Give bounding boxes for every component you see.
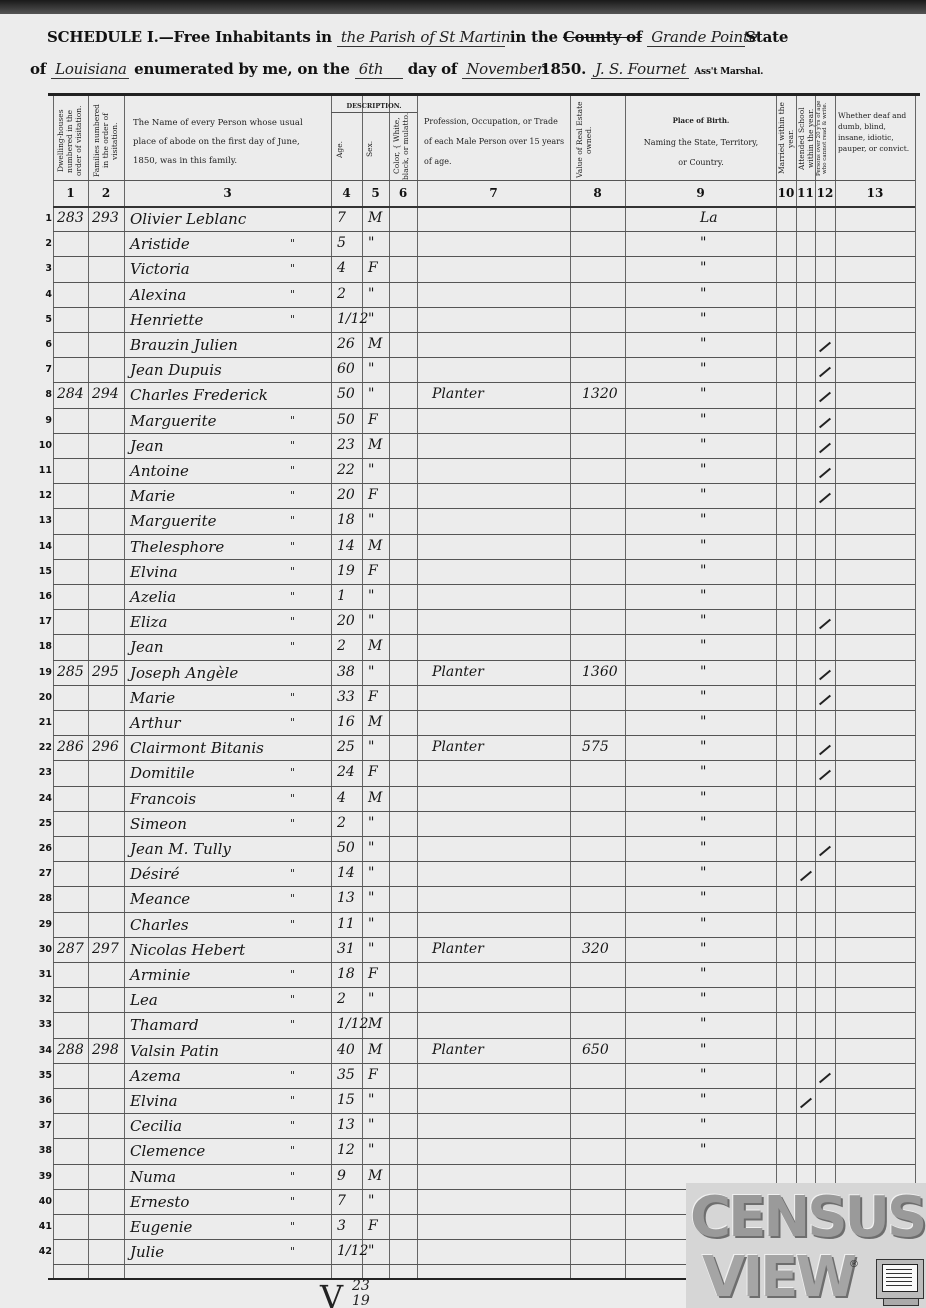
person-name: Azema — [130, 1067, 181, 1085]
person-name: Désiré — [130, 865, 179, 883]
age-value: 4 — [337, 260, 346, 276]
row-number: 26 — [34, 843, 52, 854]
age-value: 25 — [337, 739, 355, 755]
censusview-logo: CENSUS VIEW ® — [686, 1183, 926, 1308]
column-number: 7 — [417, 186, 570, 200]
row-number: 3 — [34, 263, 52, 274]
column-number: 3 — [124, 186, 331, 200]
person-name: Julie — [130, 1243, 164, 1261]
row-number: 19 — [34, 667, 52, 678]
person-name: Antoine — [130, 462, 189, 480]
sex-value: " — [368, 1092, 374, 1108]
age-value: 1/12 — [337, 311, 368, 327]
row-divider — [53, 1088, 915, 1089]
row-divider — [53, 433, 915, 434]
birthplace-value: " — [700, 991, 706, 1007]
marshal-field: J. S. Fournet — [591, 60, 689, 79]
age-value: 20 — [337, 613, 355, 629]
row-divider — [53, 836, 915, 837]
column-number: 5 — [362, 186, 389, 200]
age-value: 13 — [337, 890, 355, 906]
birthplace-value: " — [700, 689, 706, 705]
real-estate-value: 320 — [582, 941, 609, 957]
row-divider — [53, 760, 915, 761]
column-divider — [835, 96, 836, 1278]
row-divider — [53, 912, 915, 913]
birthplace-value: " — [700, 336, 706, 352]
row-divider — [53, 332, 915, 333]
row-number: 7 — [34, 364, 52, 375]
row-divider — [53, 408, 915, 409]
logo-line-2: VIEW — [702, 1245, 854, 1308]
dwelling-number: 283 — [57, 210, 84, 226]
row-number: 15 — [34, 566, 52, 577]
row-number: 40 — [34, 1196, 52, 1207]
age-value: 13 — [337, 1117, 355, 1133]
column-divider — [815, 96, 816, 1278]
person-name: Charles Frederick — [130, 386, 268, 404]
computer-monitor-icon — [876, 1259, 924, 1299]
sex-value: " — [368, 1117, 374, 1133]
age-value: 2 — [337, 991, 346, 1007]
sex-value: " — [368, 865, 374, 881]
row-number: 37 — [34, 1120, 52, 1131]
column-divider — [389, 96, 390, 1278]
birthplace-value: " — [700, 890, 706, 906]
person-name: Jean M. Tully — [130, 840, 231, 858]
birthplace-value: " — [700, 638, 706, 654]
person-name: Domitile — [130, 764, 195, 782]
person-name: Marguerite — [130, 412, 216, 430]
age-value: 35 — [337, 1067, 355, 1083]
birthplace-value: " — [700, 840, 706, 856]
sex-value: F — [368, 1067, 378, 1083]
surname-ditto-mark: " — [290, 1220, 295, 1233]
age-value: 14 — [337, 865, 355, 881]
row-divider — [53, 483, 915, 484]
birthplace-value: " — [700, 462, 706, 478]
row-divider — [53, 886, 915, 887]
birthplace-value: " — [700, 386, 706, 402]
col-12-heading: Persons over 20 y'rs of age who cannot r… — [816, 97, 834, 180]
birthplace-value: " — [700, 941, 706, 957]
county-struck-label: County of — [563, 28, 642, 46]
row-number: 39 — [34, 1171, 52, 1182]
occupation-value: Planter — [432, 386, 484, 402]
birthplace-value: La — [700, 210, 718, 226]
sex-value: F — [368, 689, 378, 705]
row-number: 29 — [34, 919, 52, 930]
real-estate-value: 650 — [582, 1042, 609, 1058]
person-name: Francois — [130, 790, 196, 808]
age-value: 31 — [337, 941, 355, 957]
column-divider — [625, 96, 626, 1278]
surname-ditto-mark: " — [290, 993, 295, 1006]
row-number: 16 — [34, 591, 52, 602]
person-name: Simeon — [130, 815, 187, 833]
person-name: Ernesto — [130, 1193, 189, 1211]
age-value: 14 — [337, 538, 355, 554]
person-name: Lea — [130, 991, 158, 1009]
row-divider — [53, 357, 915, 358]
age-value: 3 — [337, 1218, 346, 1234]
birthplace-value: " — [700, 1067, 706, 1083]
header-line-2: of Louisiana enumerated by me, on the 6t… — [30, 60, 763, 79]
surname-ditto-mark: " — [290, 615, 295, 628]
person-name: Marie — [130, 689, 175, 707]
col-5-heading: Sex. — [365, 118, 387, 180]
col-2-heading: Families numbered in the order of visita… — [92, 102, 120, 180]
age-value: 40 — [337, 1042, 355, 1058]
row-divider — [53, 861, 915, 862]
sex-value: M — [368, 1042, 382, 1058]
row-number: 14 — [34, 541, 52, 552]
person-name: Eliza — [130, 613, 167, 631]
row-number: 38 — [34, 1145, 52, 1156]
tally-top: 23 — [352, 1278, 370, 1294]
row-number: 28 — [34, 893, 52, 904]
marshal-label: Ass't Marshal. — [694, 67, 763, 77]
age-value: 7 — [337, 1193, 346, 1209]
surname-ditto-mark: " — [290, 792, 295, 805]
person-name: Charles — [130, 916, 189, 934]
person-name: Numa — [130, 1168, 176, 1186]
row-number: 36 — [34, 1095, 52, 1106]
sex-value: F — [368, 260, 378, 276]
family-number: 297 — [92, 941, 119, 957]
sex-value: " — [368, 462, 374, 478]
sex-value: F — [368, 487, 378, 503]
sex-value: M — [368, 210, 382, 226]
sex-value: " — [368, 512, 374, 528]
row-number: 18 — [34, 641, 52, 652]
column-divider — [915, 96, 916, 1278]
logo-line-1: CENSUS — [690, 1185, 924, 1250]
birthplace-value: " — [700, 815, 706, 831]
age-value: 50 — [337, 386, 355, 402]
header-line-1: SCHEDULE I.—Free Inhabitants in the Pari… — [47, 28, 788, 47]
dwelling-number: 284 — [57, 386, 84, 402]
surname-ditto-mark: " — [290, 1144, 295, 1157]
surname-ditto-mark: " — [290, 918, 295, 931]
row-number: 9 — [34, 415, 52, 426]
column-number: 1 — [53, 186, 88, 200]
family-number: 294 — [92, 386, 119, 402]
age-value: 4 — [337, 790, 346, 806]
row-number: 1 — [34, 213, 52, 224]
column-divider — [53, 96, 54, 1278]
division-field: Grande Pointe — [647, 28, 745, 47]
column-number: 13 — [835, 186, 915, 200]
surname-ditto-mark: " — [290, 1094, 295, 1107]
row-divider — [53, 786, 915, 787]
birthplace-value: " — [700, 487, 706, 503]
row-divider — [53, 307, 915, 308]
person-name: Azelia — [130, 588, 176, 606]
person-name: Joseph Angèle — [130, 664, 238, 682]
location-field: the Parish of St Martin — [337, 28, 505, 47]
tally-mark: V — [320, 1278, 343, 1308]
birthplace-value: " — [700, 412, 706, 428]
row-number: 34 — [34, 1045, 52, 1056]
row-divider — [53, 559, 915, 560]
tally-bottom: 19 — [352, 1293, 370, 1308]
row-number: 24 — [34, 793, 52, 804]
surname-ditto-mark: " — [290, 288, 295, 301]
age-value: 9 — [337, 1168, 346, 1184]
row-divider — [53, 735, 915, 736]
row-divider — [53, 458, 915, 459]
surname-ditto-mark: " — [290, 1195, 295, 1208]
column-divider — [570, 96, 571, 1278]
col-9-heading: Naming the State, Territory, or Country. — [640, 133, 762, 173]
surname-ditto-mark: " — [290, 414, 295, 427]
age-value: 19 — [337, 563, 355, 579]
sex-value: M — [368, 714, 382, 730]
sex-value: M — [368, 538, 382, 554]
sex-value: M — [368, 437, 382, 453]
row-number: 41 — [34, 1221, 52, 1232]
row-number: 11 — [34, 465, 52, 476]
sex-value: " — [368, 386, 374, 402]
sex-value: " — [368, 941, 374, 957]
day-of-label: day of — [408, 60, 457, 78]
real-estate-value: 575 — [582, 739, 609, 755]
column-number: 8 — [570, 186, 625, 200]
row-number: 23 — [34, 767, 52, 778]
sex-value: M — [368, 1168, 382, 1184]
sex-value: M — [368, 1016, 382, 1032]
age-value: 16 — [337, 714, 355, 730]
state-label: State — [745, 28, 788, 46]
person-name: Jean Dupuis — [130, 361, 222, 379]
age-value: 5 — [337, 235, 346, 251]
birthplace-value: " — [700, 311, 706, 327]
sex-value: " — [368, 916, 374, 932]
person-name: Olivier Leblanc — [130, 210, 246, 228]
age-value: 33 — [337, 689, 355, 705]
sex-value: " — [368, 1243, 374, 1259]
surname-ditto-mark: " — [290, 766, 295, 779]
sex-value: " — [368, 588, 374, 604]
row-number: 4 — [34, 289, 52, 300]
family-number: 295 — [92, 664, 119, 680]
column-number: 12 — [815, 186, 835, 200]
age-value: 7 — [337, 210, 346, 226]
person-name: Elvina — [130, 1092, 178, 1110]
person-name: Henriette — [130, 311, 203, 329]
column-divider — [331, 96, 332, 1278]
real-estate-value: 1320 — [582, 386, 618, 402]
row-divider — [53, 987, 915, 988]
person-name: Aristide — [130, 235, 190, 253]
age-value: 26 — [337, 336, 355, 352]
person-name: Cecilia — [130, 1117, 182, 1135]
birthplace-value: " — [700, 739, 706, 755]
birthplace-value: " — [700, 865, 706, 881]
birthplace-value: " — [700, 1117, 706, 1133]
column-divider — [124, 96, 125, 1278]
column-number: 4 — [331, 186, 362, 200]
surname-ditto-mark: " — [290, 1170, 295, 1183]
column-divider — [88, 96, 89, 1278]
age-value: 50 — [337, 840, 355, 856]
row-number: 33 — [34, 1019, 52, 1030]
surname-ditto-mark: " — [290, 1069, 295, 1082]
dwelling-number: 285 — [57, 664, 84, 680]
row-number: 17 — [34, 616, 52, 627]
surname-ditto-mark: " — [290, 1018, 295, 1031]
person-name: Clairmont Bitanis — [130, 739, 264, 757]
sex-value: " — [368, 286, 374, 302]
age-value: 18 — [337, 512, 355, 528]
row-divider — [53, 710, 915, 711]
surname-ditto-mark: " — [290, 867, 295, 880]
row-number: 20 — [34, 692, 52, 703]
col-4-heading: Age. — [335, 118, 357, 180]
occupation-value: Planter — [432, 664, 484, 680]
column-number: 6 — [389, 186, 417, 200]
birthplace-value: " — [700, 361, 706, 377]
row-divider — [53, 962, 915, 963]
person-name: Elvina — [130, 563, 178, 581]
surname-ditto-mark: " — [290, 716, 295, 729]
birthplace-value: " — [700, 588, 706, 604]
sex-value: F — [368, 764, 378, 780]
birthplace-value: " — [700, 714, 706, 730]
person-name: Jean — [130, 638, 164, 656]
column-number: 10 — [776, 186, 796, 200]
sex-value: " — [368, 840, 374, 856]
surname-ditto-mark: " — [290, 439, 295, 452]
row-number: 31 — [34, 969, 52, 980]
real-estate-value: 1360 — [582, 664, 618, 680]
row-number: 12 — [34, 490, 52, 501]
number-row-divider — [53, 206, 915, 208]
surname-ditto-mark: " — [290, 968, 295, 981]
row-divider — [53, 634, 915, 635]
age-value: 38 — [337, 664, 355, 680]
family-number: 296 — [92, 739, 119, 755]
month-field: November — [462, 60, 540, 79]
row-divider — [53, 811, 915, 812]
birthplace-value: " — [700, 613, 706, 629]
sex-value: " — [368, 890, 374, 906]
birthplace-value: " — [700, 1042, 706, 1058]
birthplace-value: " — [700, 764, 706, 780]
birthplace-value: " — [700, 1142, 706, 1158]
sex-value: F — [368, 966, 378, 982]
person-name: Nicolas Hebert — [130, 941, 245, 959]
age-value: 15 — [337, 1092, 355, 1108]
dwelling-number: 287 — [57, 941, 84, 957]
sex-value: " — [368, 311, 374, 327]
sex-value: F — [368, 1218, 378, 1234]
birthplace-value: " — [700, 916, 706, 932]
sex-value: F — [368, 563, 378, 579]
registered-mark: ® — [849, 1259, 859, 1270]
person-name: Marguerite — [130, 512, 216, 530]
surname-ditto-mark: " — [290, 464, 295, 477]
header-rule — [48, 93, 920, 96]
row-number: 22 — [34, 742, 52, 753]
birthplace-value: " — [700, 790, 706, 806]
row-number: 27 — [34, 868, 52, 879]
row-divider — [53, 282, 915, 283]
birthplace-value: " — [700, 512, 706, 528]
person-name: Victoria — [130, 260, 190, 278]
row-divider — [53, 937, 915, 938]
age-value: 60 — [337, 361, 355, 377]
row-number: 13 — [34, 515, 52, 526]
row-divider — [53, 1138, 915, 1139]
birthplace-value: " — [700, 966, 706, 982]
person-name: Thamard — [130, 1016, 199, 1034]
year-label: 1850. — [540, 60, 586, 78]
row-divider — [53, 584, 915, 585]
row-number: 5 — [34, 314, 52, 325]
age-value: 18 — [337, 966, 355, 982]
birthplace-value: " — [700, 1092, 706, 1108]
row-divider — [53, 508, 915, 509]
sex-value: " — [368, 235, 374, 251]
surname-ditto-mark: " — [290, 691, 295, 704]
row-number: 35 — [34, 1070, 52, 1081]
surname-ditto-mark: " — [290, 817, 295, 830]
age-value: 23 — [337, 437, 355, 453]
sex-value: " — [368, 815, 374, 831]
surname-ditto-mark: " — [290, 1119, 295, 1132]
dwelling-number: 288 — [57, 1042, 84, 1058]
sex-value: M — [368, 790, 382, 806]
person-name: Valsin Patin — [130, 1042, 219, 1060]
col-8-heading: Value of Real Estate owned. — [575, 100, 619, 180]
column-number: 2 — [88, 186, 124, 200]
row-divider — [53, 660, 915, 661]
age-value: 2 — [337, 286, 346, 302]
person-name: Brauzin Julien — [130, 336, 238, 354]
col-7-heading: Profession, Occupation, or Trade of each… — [424, 112, 568, 172]
birthplace-value: " — [700, 437, 706, 453]
surname-ditto-mark: " — [290, 640, 295, 653]
row-number: 21 — [34, 717, 52, 728]
schedule-label: SCHEDULE I.—Free Inhabitants in — [47, 28, 332, 46]
surname-ditto-mark: " — [290, 262, 295, 275]
occupation-value: Planter — [432, 739, 484, 755]
sex-value: " — [368, 361, 374, 377]
state-field: Louisiana — [51, 60, 129, 79]
col-9-title: Place of Birth. — [630, 115, 772, 126]
enumerated-label: enumerated by me, on the — [134, 60, 350, 78]
row-divider — [53, 685, 915, 686]
row-divider — [53, 382, 915, 383]
age-value: 1 — [337, 588, 346, 604]
person-name: Meance — [130, 890, 190, 908]
row-number: 6 — [34, 339, 52, 350]
birthplace-value: " — [700, 235, 706, 251]
person-name: Marie — [130, 487, 175, 505]
family-number: 298 — [92, 1042, 119, 1058]
column-divider — [776, 96, 777, 1278]
surname-ditto-mark: " — [290, 489, 295, 502]
column-divider — [417, 96, 418, 1278]
row-divider — [53, 1113, 915, 1114]
age-value: 20 — [337, 487, 355, 503]
row-number: 25 — [34, 818, 52, 829]
surname-ditto-mark: " — [290, 1245, 295, 1258]
surname-ditto-mark: " — [290, 514, 295, 527]
sex-value: M — [368, 638, 382, 654]
